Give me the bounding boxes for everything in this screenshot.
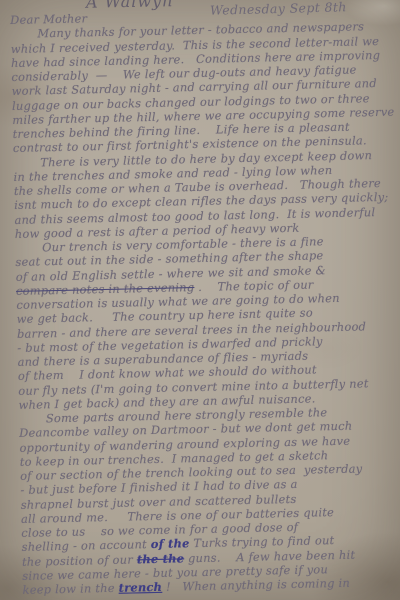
letter-text: ! When anything is coming in <box>162 576 350 594</box>
letter-photograph: A Walwyn Wednesday Sept 8th Dear MotherM… <box>0 0 400 600</box>
letter-body: Dear MotherMany thanks for your letter -… <box>10 4 400 597</box>
letter-text: keep low in the <box>22 581 118 597</box>
marked-text: the the <box>137 551 185 566</box>
marked-text: of the <box>151 536 190 551</box>
marked-text: trench <box>118 580 162 595</box>
